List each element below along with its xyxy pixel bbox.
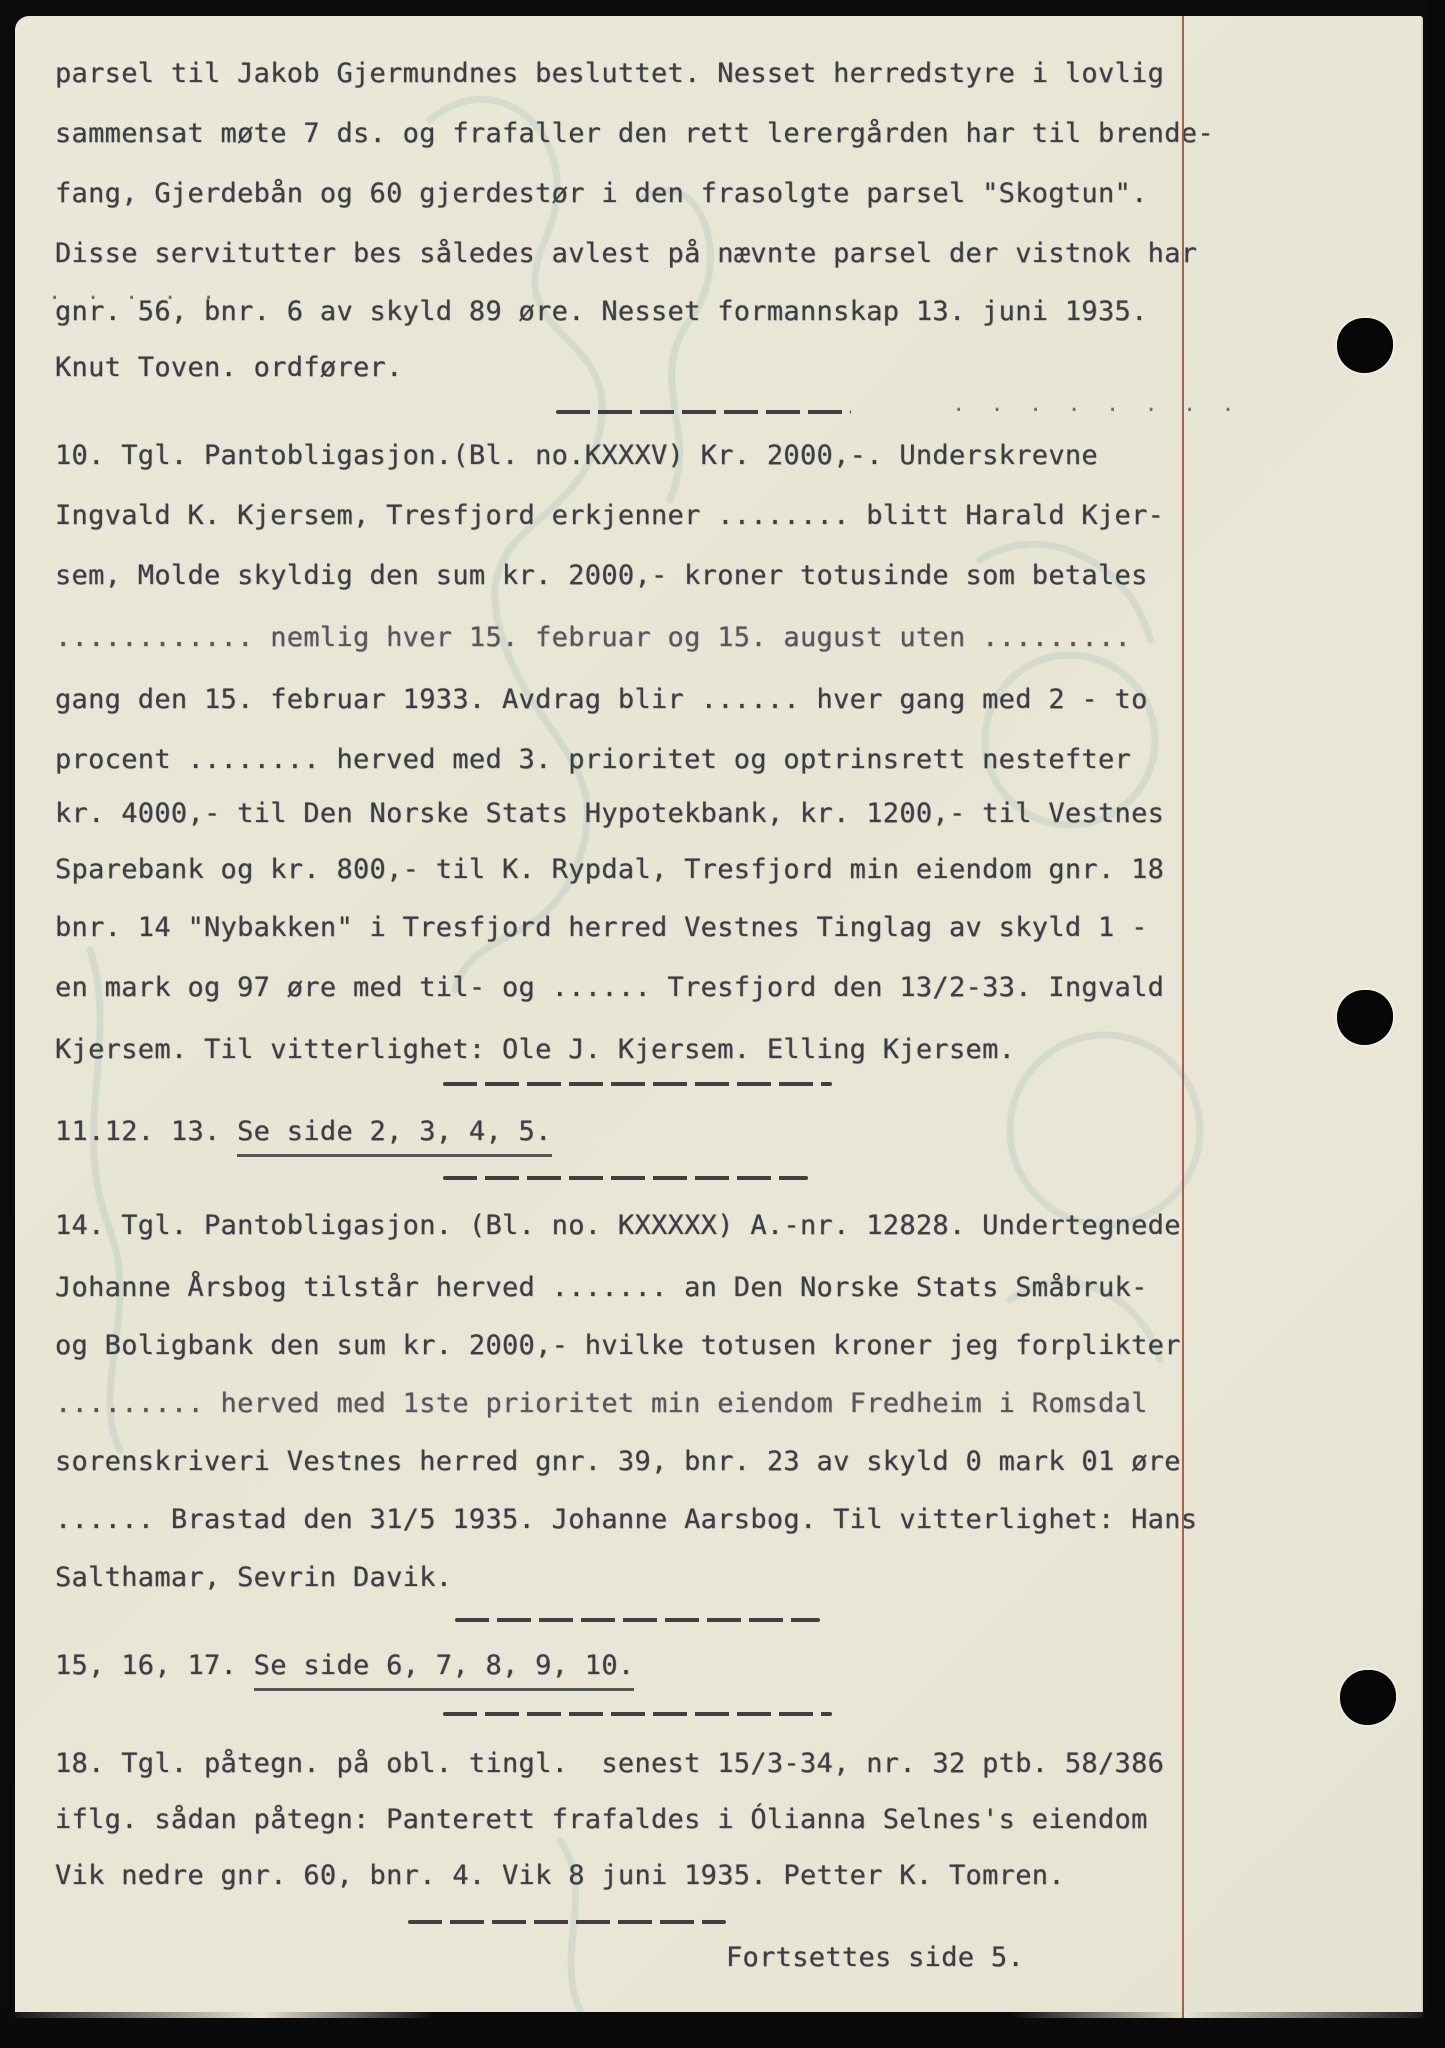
typed-divider	[556, 410, 851, 414]
scan-edge-bottom	[0, 2018, 1445, 2048]
typed-divider	[443, 1176, 808, 1180]
document-line: 18. Tgl. påtegn. på obl. tingl. senest 1…	[55, 1748, 1164, 1779]
document-line: iflg. sådan påtegn: Panterett frafaldes …	[55, 1804, 1148, 1835]
document-line: parsel til Jakob Gjermundnes besluttet. …	[55, 58, 1164, 89]
document-line: Johanne Årsbog tilstår herved ....... an…	[55, 1272, 1148, 1303]
document-line: Ingvald K. Kjersem, Tresfjord erkjenner …	[55, 500, 1164, 531]
see-reference-prefix: 15, 16, 17.	[55, 1650, 254, 1681]
document-line: ............ nemlig hver 15. februar og …	[55, 622, 1131, 653]
document-line: ......... herved med 1ste prioritet min …	[55, 1388, 1148, 1419]
typed-divider	[408, 1920, 726, 1924]
document-line: Kjersem. Til vitterlighet: Ole J. Kjerse…	[55, 1034, 1015, 1065]
document-line: Knut Toven. ordfører.	[55, 352, 403, 383]
document-line: Vik nedre gnr. 60, bnr. 4. Vik 8 juni 19…	[55, 1860, 1065, 1891]
document-line: sammensat møte 7 ds. og frafaller den re…	[55, 118, 1214, 149]
typed-dots-row: . . . . . . . .	[952, 392, 1241, 417]
scanned-page: parsel til Jakob Gjermundnes besluttet. …	[0, 0, 1445, 2048]
document-line: Disse servitutter bes således avlest på …	[55, 238, 1197, 269]
document-line: gang den 15. februar 1933. Avdrag blir .…	[55, 684, 1148, 715]
see-reference-line: 15, 16, 17. Se side 6, 7, 8, 9, 10.	[55, 1650, 634, 1691]
document-line: Sparebank og kr. 800,- til K. Rypdal, Tr…	[55, 854, 1164, 885]
footer-continuation-note: Fortsettes side 5.	[726, 1942, 1024, 1973]
document-line: gnr. 56, bnr. 6 av skyld 89 øre. Nesset …	[55, 296, 1148, 327]
hole-punch	[1340, 1670, 1396, 1725]
see-reference-link: Se side 2, 3, 4, 5.	[237, 1116, 552, 1157]
scan-edge-right	[1421, 0, 1445, 2048]
document-line: ...... Brastad den 31/5 1935. Johanne Aa…	[55, 1504, 1197, 1535]
document-line: og Boligbank den sum kr. 2000,- hvilke t…	[55, 1330, 1181, 1361]
document-line: sem, Molde skyldig den sum kr. 2000,- kr…	[55, 560, 1148, 591]
document-line: procent ........ herved med 3. prioritet…	[55, 744, 1131, 775]
hole-punch	[1337, 318, 1393, 373]
typed-divider	[443, 1082, 832, 1086]
see-reference-prefix: 11.12. 13.	[55, 1116, 237, 1147]
document-line: 10. Tgl. Pantobligasjon.(Bl. no.KXXXV) K…	[55, 440, 1098, 471]
document-line: sorenskriveri Vestnes herred gnr. 39, bn…	[55, 1446, 1181, 1477]
typed-divider	[455, 1618, 820, 1622]
typed-divider	[443, 1712, 832, 1716]
document-line: 14. Tgl. Pantobligasjon. (Bl. no. KXXXXX…	[55, 1210, 1181, 1241]
document-line: bnr. 14 "Nybakken" i Tresfjord herred Ve…	[55, 912, 1148, 943]
margin-rule-line	[1182, 16, 1184, 2048]
document-line: en mark og 97 øre med til- og ...... Tre…	[55, 972, 1164, 1003]
document-line: fang, Gjerdebån og 60 gjerdestør i den f…	[55, 178, 1148, 209]
see-reference-link: Se side 6, 7, 8, 9, 10.	[254, 1650, 635, 1691]
see-reference-line: 11.12. 13. Se side 2, 3, 4, 5.	[55, 1116, 552, 1157]
document-line: Salthamar, Sevrin Davik.	[55, 1562, 452, 1593]
hole-punch	[1337, 990, 1393, 1045]
document-line: kr. 4000,- til Den Norske Stats Hypotekb…	[55, 798, 1164, 829]
